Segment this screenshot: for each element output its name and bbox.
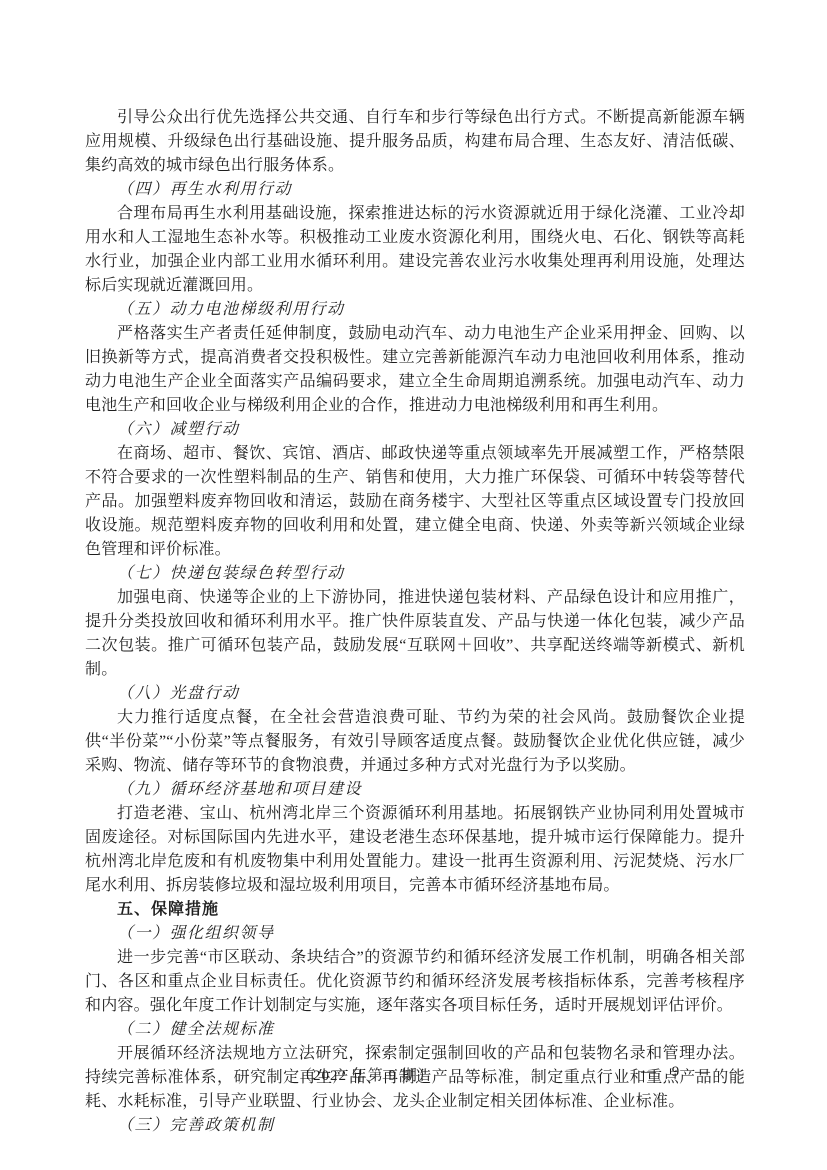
- subsection-heading: （六）减塑行动: [85, 418, 745, 442]
- footer-page-number: — 9 —: [641, 1064, 716, 1081]
- subsection-heading: （一）强化组织领导: [85, 922, 745, 946]
- document-text-column: 引导公众出行优先选择公共交通、自行车和步行等绿色出行方式。不断提高新能源车辆应用…: [85, 106, 745, 1138]
- subsection-heading: （九）循环经济基地和项目建设: [85, 778, 745, 802]
- subsection-heading: （三）完善政策机制: [85, 1114, 745, 1138]
- subsection-heading: （四）再生水利用行动: [85, 178, 745, 202]
- body-paragraph: 在商场、超市、餐饮、宾馆、酒店、邮政快递等重点领域率先开展减塑工作，严格禁限不符…: [85, 442, 745, 562]
- subsection-heading: （七）快递包装绿色转型行动: [85, 562, 745, 586]
- footer-issue-label: （2022 年第 9 期）: [297, 1064, 434, 1085]
- body-paragraph: 打造老港、宝山、杭州湾北岸三个资源循环利用基地。拓展钢铁产业协同利用处置城市固废…: [85, 802, 745, 898]
- body-paragraph: 加强电商、快递等企业的上下游协同，推进快递包装材料、产品绿色设计和应用推广，提升…: [85, 586, 745, 682]
- body-paragraph: 大力推行适度点餐，在全社会营造浪费可耻、节约为荣的社会风尚。鼓励餐饮企业提供“半…: [85, 706, 745, 778]
- section-heading: 五、保障措施: [85, 898, 745, 922]
- document-page: 引导公众出行优先选择公共交通、自行车和步行等绿色出行方式。不断提高新能源车辆应用…: [0, 0, 827, 1170]
- subsection-heading: （二）健全法规标准: [85, 1018, 745, 1042]
- subsection-heading: （八）光盘行动: [85, 682, 745, 706]
- body-paragraph: 进一步完善“市区联动、条块结合”的资源节约和循环经济发展工作机制，明确各相关部门…: [85, 946, 745, 1018]
- body-paragraph: 引导公众出行优先选择公共交通、自行车和步行等绿色出行方式。不断提高新能源车辆应用…: [85, 106, 745, 178]
- body-paragraph: 严格落实生产者责任延伸制度，鼓励电动汽车、动力电池生产企业采用押金、回购、以旧换…: [85, 322, 745, 418]
- subsection-heading: （五）动力电池梯级利用行动: [85, 298, 745, 322]
- body-paragraph: 合理布局再生水利用基础设施，探索推进达标的污水资源就近用于绿化浇灌、工业冷却用水…: [85, 202, 745, 298]
